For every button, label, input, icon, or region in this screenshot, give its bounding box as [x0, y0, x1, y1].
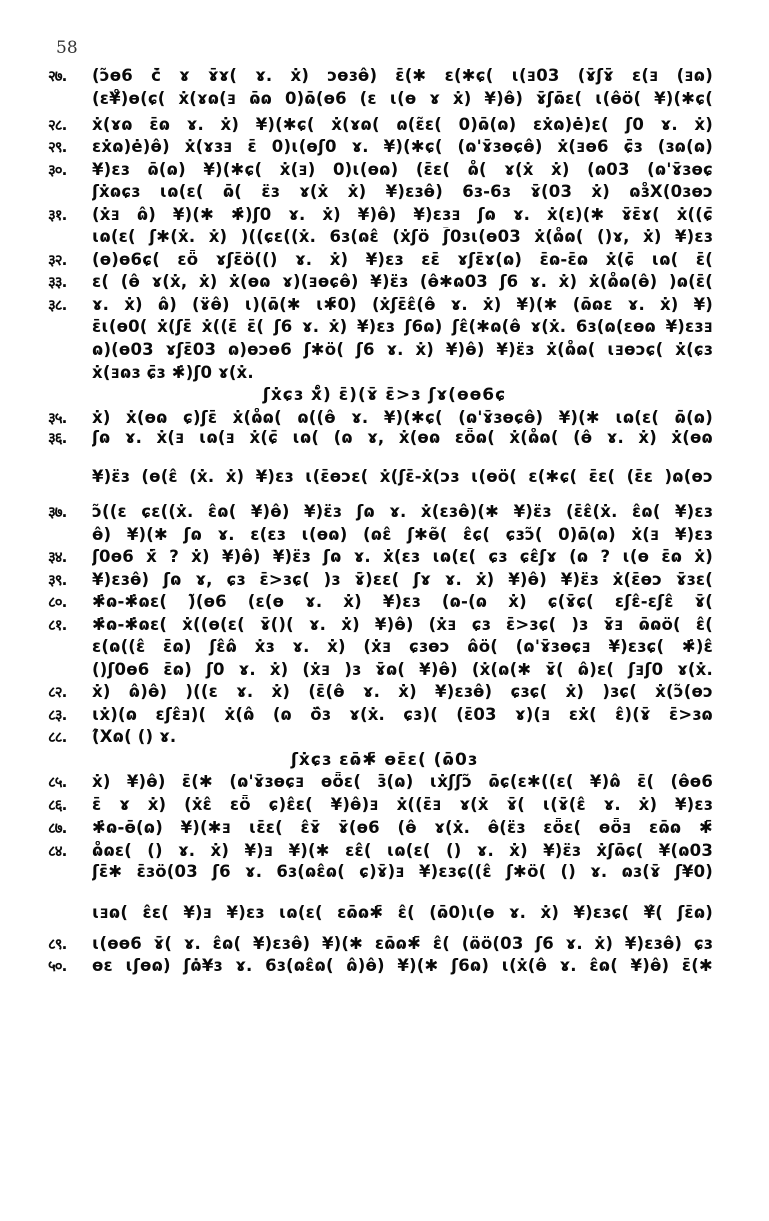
verse-line: (ɛ¥̊)ɵ(ɕ( ẋ(ɤɷ(ⱻ ɷ̄ɷ 0)ɷ̄(ɵ6 (ɛ ɩ(ɵ ɤ ẋ)… [0, 89, 769, 111]
verse-text: ¥)ɛ̈ɜ (ɵ(ɛ̂ (ẋ. ẋ) ¥)ɛɜ ɩ(ɛ̄ɵɔɛ( ẋ(ʃɛ̄-ẋ… [92, 467, 713, 486]
verse-line: ɷ)(ɵ03 ɤʃɛ̄03 ɷ)ɵɔɵ6 ʃ✱ö( ʃ6 ɤ. ẋ) ¥)ɵ̂)… [0, 340, 769, 362]
verse-number: ८३. [48, 705, 66, 725]
verse-text: ɷ)(ɵ03 ɤʃɛ̄03 ɷ)ɵɔɵ6 ʃ✱ö( ʃ6 ɤ. ẋ) ¥)ɵ̂)… [92, 340, 713, 359]
verse-line: २७.(ɔ̃ɵ6 ċ̄ ɤ ɤ̄ɤ( ɤ. ẋ) ɔɵɜɵ̂) ɛ̄(✱ ɛ(✱… [0, 66, 769, 88]
verse-text: (ɔ̃ɵ6 ċ̄ ɤ ɤ̄ɤ( ɤ. ẋ) ɔɵɜɵ̂) ɛ̄(✱ ɛ(✱ɕ( … [92, 66, 713, 85]
verse-text: (̂Xɷ( () ɤ. [92, 727, 176, 746]
section-heading: ʃẋɕɜ ɛɷ̄✱̄ ɵɛ̄ɛ( (ɷ̄0ɜ [0, 750, 769, 770]
verse-line: ८५.ẋ) ¥)ɵ̂) ɛ̄(✱ (ɷ'ɤ̄ɜɵɕⱻ ɵȫɛ( ɜ̄(ɷ) ɩẋ… [0, 772, 769, 794]
verse-line: ८२.ẋ) ɷ̂)ɵ̂) )((ɛ ɤ. ẋ) (ɛ̄(ɵ̂ ɤ. ẋ) ¥)ɛ… [0, 682, 769, 704]
verse-number: ३८. [48, 295, 66, 315]
verse-line: ८३.ɩẋ)(ɷ ɛʃɛ̂ⱻ)( ẋ(ɷ̂ (ɷ ö̂ɜ ɤ(ẋ. ɕɜ)( (… [0, 705, 769, 727]
verse-number: ८६. [48, 795, 66, 815]
verse-line: ८०.✱̇ɷ-✱̇ɷɛ( )̃(ɵ6 (ɛ(ɵ ɤ. ẋ) ¥)ɛɜ (ɷ-(ɷ… [0, 592, 769, 614]
verse-line: ɩɷ(ɛ( ʃ✱(ẋ. ẋ) )((ɕɛ((ẋ. 6ɜ(ɷɛ̂ (ẋʃö ʃ̄0… [0, 227, 769, 249]
verse-text: ʃɛ̄✱ ɛ̄ɜö(03 ʃ6 ɤ. 6ɜ(ɷɛ̂ɷ( ɕ)ɤ̄)ⱻ ¥)ɛɜɕ… [92, 862, 713, 881]
verse-line: ८७.✱̇ɷ-ɵ̄(ɷ) ¥)(✱ⱻ ɩɛ̄ɛ( ɛ̂ɤ̄ ɤ̄(ɵ6 (ɵ̂ … [0, 818, 769, 840]
verse-text: ẋ(ɤɷ ɛ̄ɷ ɤ. ẋ) ¥)(✱ɕ( ẋ(ɤɷ( ɷ(ɛ̃ɛ( 0)ɷ̄(… [92, 115, 713, 134]
verse-text: ɵ̂) ¥)(✱ ʃɷ ɤ. ɛ(ɛɜ ɩ(ɵɷ) (ɷɛ̂ ʃ✱ɵ̃( ɛ̂ɕ… [92, 525, 713, 544]
verse-line: ¥)ɛ̈ɜ (ɵ(ɛ̂ (ẋ. ẋ) ¥)ɛɜ ɩ(ɛ̄ɵɔɛ( ẋ(ʃɛ̄-ẋ… [0, 467, 769, 489]
verse-number: ८५. [48, 772, 66, 792]
verse-line: ३९.¥)ɛɜɵ̂) ʃɷ ɤ, ɕɜ ɛ̄>ɜɕ( )ɜ ɤ̄)ɛɛ( ʃɤ … [0, 570, 769, 592]
verse-text: ẋ) ¥)ɵ̂) ɛ̄(✱ (ɷ'ɤ̄ɜɵɕⱻ ɵȫɛ( ɜ̄(ɷ) ɩẋʃʃɔ… [92, 772, 713, 791]
verse-line: ३२.(ɵ)ɵ6ɕ( ɛȫ ɤʃɛ̄ö(() ɤ. ẋ) ¥)ɛɜ ɛɛ̄ ɤʃ… [0, 250, 769, 272]
verse-line: ʃɛ̄✱ ɛ̄ɜö(03 ʃ6 ɤ. 6ɜ(ɷɛ̂ɷ( ɕ)ɤ̄)ⱻ ¥)ɛɜɕ… [0, 862, 769, 884]
verse-number: ३१. [48, 205, 66, 225]
verse-line: ()ʃ0ɵ6 ɛ̄ɷ) ʃ0 ɤ. ẋ) (ẋⱻ )ɜ ɤ̄ɷ( ¥)ɵ̂) (… [0, 660, 769, 682]
verse-number: ३६. [48, 428, 66, 448]
verse-line: ३७.ɔ̃((ɛ ɕɛ((ẋ. ɛ̂ɷ( ¥)ɵ̂) ¥)ɛ̈ɜ ʃɷ ɤ. ẋ… [0, 502, 769, 524]
verse-number: ८९. [48, 934, 66, 954]
verse-number: ८७. [48, 818, 66, 838]
verse-text: ɵɛ ɩʃɵɷ) ʃɷ̇¥ɜ ɤ. 6ɜ(ɷɛ̂ɷ( ɷ̂)ɵ̂) ¥)(✱ ʃ… [92, 956, 713, 975]
verse-text: ɛẋɷ)ė)ɵ̂) ẋ(ɤɜⱻ ɛ̄ 0)ɩ(ɵʃ0 ɤ. ¥)(✱ɕ( (ɷ'… [92, 137, 713, 156]
verse-line: २९.ɛẋɷ)ė)ɵ̂) ẋ(ɤɜⱻ ɛ̄ 0)ɩ(ɵʃ0 ɤ. ¥)(✱ɕ( … [0, 137, 769, 159]
verse-text: ẋ(ⱻɷɜ ɕ̄ɜ ✱̇)ʃ0 ɤ(ẋ. [92, 363, 254, 382]
verse-text: ẋ) ɷ̂)ɵ̂) )((ɛ ɤ. ẋ) (ɛ̄(ɵ̂ ɤ. ẋ) ¥)ɛɜɵ̂… [92, 682, 713, 701]
verse-line: ८१.✱̇ɷ-✱̇ɷɛ( ẋ((ɵ(ɛ( ɤ̄()( ɤ. ẋ) ¥)ɵ̂) (… [0, 615, 769, 637]
verse-text: ɛ(ɷ((ɛ̂ ɛ̄ɷ) ʃɛ̂ɷ̂ ẋɜ ɤ. ẋ) (ẋⱻ ɕɜɵɔ ɷ̂ö… [92, 637, 713, 656]
verse-text: ()ʃ0ɵ6 ɛ̄ɷ) ʃ0 ɤ. ẋ) (ẋⱻ )ɜ ɤ̄ɷ( ¥)ɵ̂) (… [92, 660, 713, 679]
verse-text: ɛ̄ ɤ ẋ) (ẋɛ̂ ɛȫ ɕ)ɛ̂ɛ( ¥)ɵ̂)ⱻ ẋ((ɛ̄ⱻ ɤ(ẋ… [92, 795, 713, 814]
verse-text: ɩⱻɷ( ɛ̂ɛ( ¥)ⱻ ¥)ɛɜ ɩɷ(ɛ( ɛɷ̄ɷ✱̄ ɛ̂( (ɷ̄0… [92, 903, 713, 922]
verse-line: ८९.ɩ(ɵɵ6 ɤ̄( ɤ. ɛ̂ɷ( ¥)ɛɜɵ̂) ¥)(✱ ɛɷ̄ɷ✱̄… [0, 934, 769, 956]
verse-text: (ɛ¥̊)ɵ(ɕ( ẋ(ɤɷ(ⱻ ɷ̄ɷ 0)ɷ̄(ɵ6 (ɛ ɩ(ɵ ɤ ẋ)… [92, 89, 713, 108]
verse-text: ✱̇ɷ-✱̇ɷɛ( )̃(ɵ6 (ɛ(ɵ ɤ. ẋ) ¥)ɛɜ (ɷ-(ɷ ẋ)… [92, 592, 713, 611]
verse-text: ʃ0ɵ6 ẋ̄ ? ẋ) ¥)ɵ̂) ¥)ɛ̈ɜ ʃɷ ɤ. ẋ(ɛɜ ɩɷ(ɛ… [92, 547, 713, 566]
verse-line: २८.ẋ(ɤɷ ɛ̄ɷ ɤ. ẋ) ¥)(✱ɕ( ẋ(ɤɷ( ɷ(ɛ̃ɛ( 0)… [0, 115, 769, 137]
section-heading: ʃẋɕɜ ẋ̊) ɛ̄)(ɤ̄ ɛ̄>ɜ ʃɤ(ɵɵ6ɕ [0, 385, 769, 405]
verse-number: २८. [48, 115, 66, 135]
verse-text: ɷ̊ɷɛ( () ɤ. ẋ) ¥)ⱻ ¥)(✱ ɛɛ̂( ɩɷ(ɛ( () ɤ.… [92, 841, 713, 860]
verse-number: ८१. [48, 615, 66, 635]
verse-text: ¥)ɛɜɵ̂) ʃɷ ɤ, ɕɜ ɛ̄>ɜɕ( )ɜ ɤ̄)ɛɛ( ʃɤ ɤ. … [92, 570, 713, 589]
verse-line: ३८.ɤ. ẋ) ɷ̂) (ɤ̈ɵ̂) ɩ)(ɷ̄(✱ ɩ✱̄0) (ẋʃɛ̄ɛ… [0, 295, 769, 317]
verse-text: ɤ. ẋ) ɷ̂) (ɤ̈ɵ̂) ɩ)(ɷ̄(✱ ɩ✱̄0) (ẋʃɛ̄ɛ̂(ɵ… [92, 295, 713, 314]
verse-number: ३०. [48, 160, 66, 180]
page-number: 58 [56, 38, 78, 58]
verse-text: ɔ̃((ɛ ɕɛ((ẋ. ɛ̂ɷ( ¥)ɵ̂) ¥)ɛ̈ɜ ʃɷ ɤ. ẋ(ɛɜ… [92, 502, 713, 521]
verse-line: ५०.ɵɛ ɩʃɵɷ) ʃɷ̇¥ɜ ɤ. 6ɜ(ɷɛ̂ɷ( ɷ̂)ɵ̂) ¥)(… [0, 956, 769, 978]
verse-number: ८४. [48, 841, 66, 861]
verse-text: ɛ( (ɵ̂ ɤ(ẋ, ẋ) ẋ(ɵɷ ɤ)(ⱻɵɕɵ̂) ¥)ɛ̈ɜ (ɵ̂✱… [92, 272, 713, 291]
verse-line: ३५.ẋ) ẋ(ɵɷ ɕ)ʃɛ̄ ẋ(ɷ̊ɷ( ɷ((ɵ̂ ɤ. ¥)(✱ɕ( … [0, 408, 769, 430]
verse-line: ८४.ɷ̊ɷɛ( () ɤ. ẋ) ¥)ⱻ ¥)(✱ ɛɛ̂( ɩɷ(ɛ( ()… [0, 841, 769, 863]
verse-text: ɩɷ(ɛ( ʃ✱(ẋ. ẋ) )((ɕɛ((ẋ. 6ɜ(ɷɛ̂ (ẋʃö ʃ̄0… [92, 227, 713, 246]
verse-line: ३३.ɛ( (ɵ̂ ɤ(ẋ, ẋ) ẋ(ɵɷ ɤ)(ⱻɵɕɵ̂) ¥)ɛ̈ɜ (… [0, 272, 769, 294]
verse-line: ɛ(ɷ((ɛ̂ ɛ̄ɷ) ʃɛ̂ɷ̂ ẋɜ ɤ. ẋ) (ẋⱻ ɕɜɵɔ ɷ̂ö… [0, 637, 769, 659]
verse-text: ɩẋ)(ɷ ɛʃɛ̂ⱻ)( ẋ(ɷ̂ (ɷ ö̂ɜ ɤ(ẋ. ɕɜ)( (ɛ̄0… [92, 705, 713, 724]
verse-number: ८२. [48, 682, 66, 702]
verse-text: (ɵ)ɵ6ɕ( ɛȫ ɤʃɛ̄ö(() ɤ. ẋ) ¥)ɛɜ ɛɛ̄ ɤʃɛ̄ɤ… [92, 250, 713, 269]
verse-text: ʃɷ ɤ. ẋ(ⱻ ɩɷ(ⱻ ẋ(ɕ̄ ɩɷ( (ɷ ɤ, ẋ(ɵɷ ɛȫɷ( … [92, 428, 713, 447]
verse-number: ८८. [48, 727, 66, 747]
verse-number: ३७. [48, 502, 66, 522]
verse-line: ८८.(̂Xɷ( () ɤ. [0, 727, 769, 749]
verse-text: ¥)ɛɜ ɷ̄(ɷ) ¥)(✱ɕ( ẋ(ⱻ) 0)ɩ(ɵɷ) (ɛ̄ɛ( ɷ̊(… [92, 160, 713, 179]
verse-line: ८६.ɛ̄ ɤ ẋ) (ẋɛ̂ ɛȫ ɕ)ɛ̂ɛ( ¥)ɵ̂)ⱻ ẋ((ɛ̄ⱻ … [0, 795, 769, 817]
verse-text: ʃẋɷɕɜ ɩɷ(ɛ( ɷ̄( ɛ̈ɜ ɤ(ẋ ẋ) ¥)ɛɜɵ̂) 6ɜ-6ɜ… [92, 182, 713, 201]
verse-line: ɩⱻɷ( ɛ̂ɛ( ¥)ⱻ ¥)ɛɜ ɩɷ(ɛ( ɛɷ̄ɷ✱̄ ɛ̂( (ɷ̄0… [0, 903, 769, 925]
verse-line: ʃẋɷɕɜ ɩɷ(ɛ( ɷ̄( ɛ̈ɜ ɤ(ẋ ẋ) ¥)ɛɜɵ̂) 6ɜ-6ɜ… [0, 182, 769, 204]
verse-text: (ẋⱻ ɷ̂) ¥)(✱ ✱̇)ʃ0 ɤ. ẋ) ¥)ɵ̂) ¥)ɛɜⱻ ʃɷ … [92, 205, 713, 224]
verse-number: ३९. [48, 570, 66, 590]
verse-number: ८०. [48, 592, 66, 612]
verse-text: ẋ) ẋ(ɵɷ ɕ)ʃɛ̄ ẋ(ɷ̊ɷ( ɷ((ɵ̂ ɤ. ¥)(✱ɕ( (ɷ'… [92, 408, 713, 427]
verse-number: ३२. [48, 250, 66, 270]
verse-line: ɵ̂) ¥)(✱ ʃɷ ɤ. ɛ(ɛɜ ɩ(ɵɷ) (ɷɛ̂ ʃ✱ɵ̃( ɛ̂ɕ… [0, 525, 769, 547]
verse-number: ५०. [48, 956, 66, 976]
verse-number: ३५. [48, 408, 66, 428]
verse-number: ३३. [48, 272, 66, 292]
verse-line: ३०.¥)ɛɜ ɷ̄(ɷ) ¥)(✱ɕ( ẋ(ⱻ) 0)ɩ(ɵɷ) (ɛ̄ɛ( … [0, 160, 769, 182]
verse-line: ३१.(ẋⱻ ɷ̂) ¥)(✱ ✱̇)ʃ0 ɤ. ẋ) ¥)ɵ̂) ¥)ɛɜⱻ … [0, 205, 769, 227]
verse-text: ✱̇ɷ-✱̇ɷɛ( ẋ((ɵ(ɛ( ɤ̄()( ɤ. ẋ) ¥)ɵ̂) (ẋⱻ … [92, 615, 713, 634]
verse-line: ३६.ʃɷ ɤ. ẋ(ⱻ ɩɷ(ⱻ ẋ(ɕ̄ ɩɷ( (ɷ ɤ, ẋ(ɵɷ ɛȫ… [0, 428, 769, 450]
verse-number: २९. [48, 137, 66, 157]
verse-line: ɛ̄ɩ(ɵ0( ẋ(ʃɛ̄ ẋ((ɛ̄ ɛ̄( ʃ6 ɤ. ẋ) ¥)ɛɜ ʃ6… [0, 317, 769, 339]
verse-line: ẋ(ⱻɷɜ ɕ̄ɜ ✱̇)ʃ0 ɤ(ẋ. [0, 363, 769, 385]
verse-text: ɩ(ɵɵ6 ɤ̄( ɤ. ɛ̂ɷ( ¥)ɛɜɵ̂) ¥)(✱ ɛɷ̄ɷ✱̄ ɛ̂… [92, 934, 713, 953]
verse-number: ३४. [48, 547, 66, 567]
verse-number: २७. [48, 66, 66, 86]
verse-line: ३४.ʃ0ɵ6 ẋ̄ ? ẋ) ¥)ɵ̂) ¥)ɛ̈ɜ ʃɷ ɤ. ẋ(ɛɜ ɩ… [0, 547, 769, 569]
verse-text: ✱̇ɷ-ɵ̄(ɷ) ¥)(✱ⱻ ɩɛ̄ɛ( ɛ̂ɤ̄ ɤ̄(ɵ6 (ɵ̂ ɤ(ẋ… [92, 818, 713, 837]
verse-text: ɛ̄ɩ(ɵ0( ẋ(ʃɛ̄ ẋ((ɛ̄ ɛ̄( ʃ6 ɤ. ẋ) ¥)ɛɜ ʃ6… [92, 317, 713, 336]
